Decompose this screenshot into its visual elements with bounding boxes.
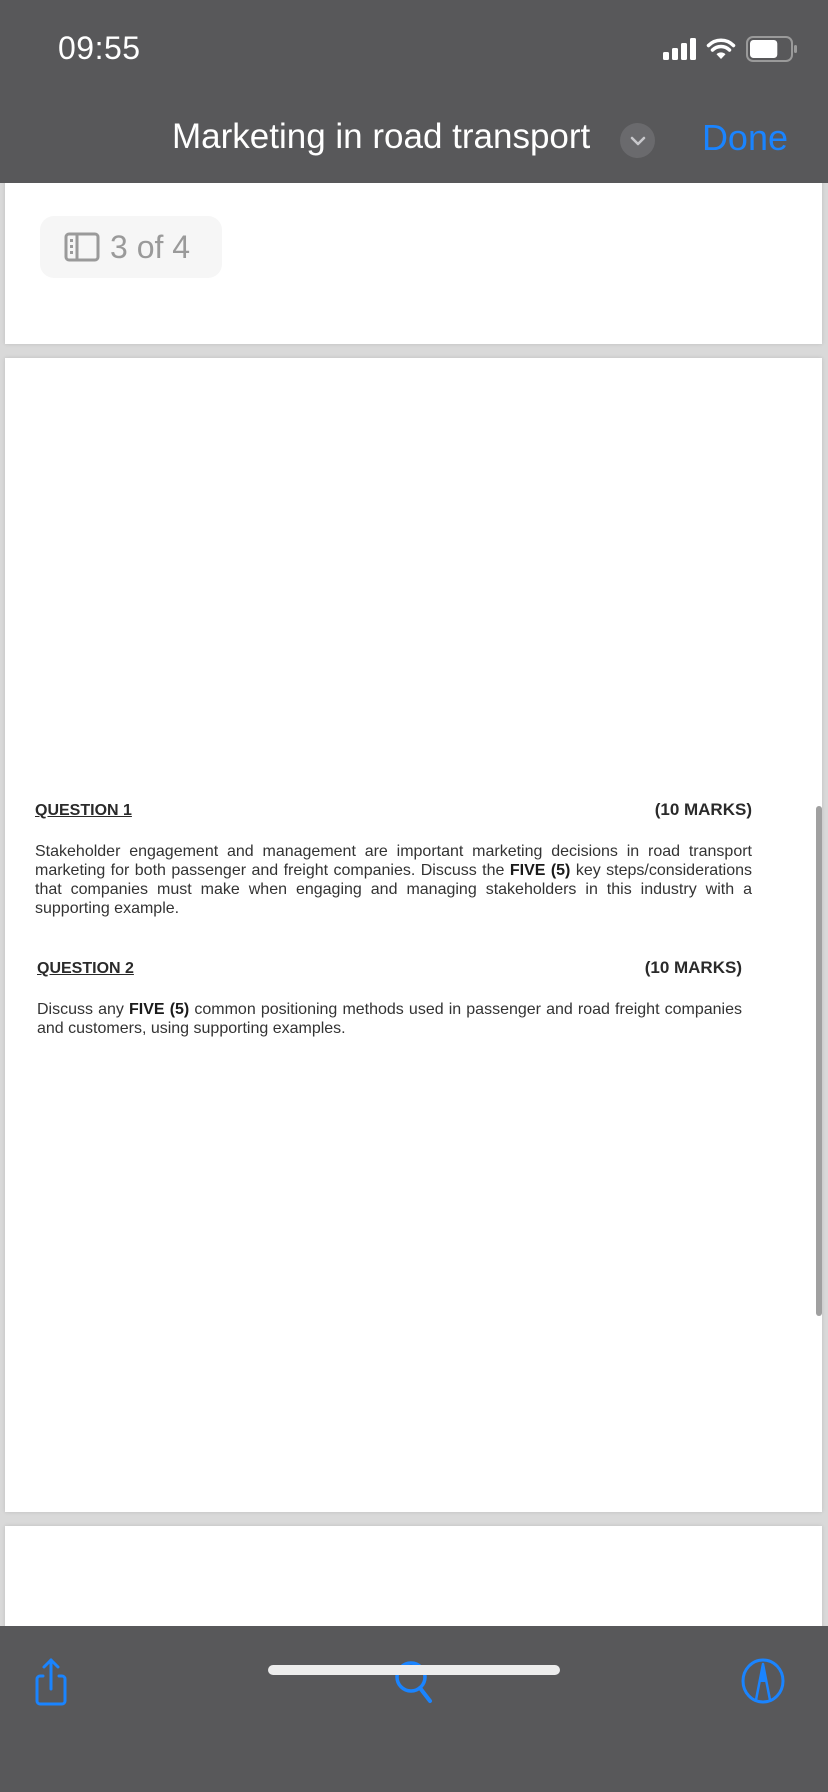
status-time: 09:55: [58, 30, 141, 67]
question-title: QUESTION 2: [37, 960, 134, 978]
top-bar: 09:55 Marketing in road transpor: [0, 0, 828, 183]
search-icon: [392, 1656, 438, 1706]
wifi-icon: [706, 38, 736, 60]
page-indicator-label: 3 of 4: [110, 229, 190, 266]
page-indicator[interactable]: 3 of 4: [40, 216, 222, 278]
title-menu-button[interactable]: [620, 123, 655, 158]
question-title: QUESTION 1: [35, 802, 132, 820]
question-marks: (10 MARKS): [645, 958, 742, 978]
sidebar-thumbnails-icon: [64, 232, 100, 262]
share-icon: [26, 1656, 76, 1708]
question-1: QUESTION 1 (10 MARKS) Stakeholder engage…: [35, 800, 752, 918]
pdf-page-3: QUESTION 1 (10 MARKS) Stakeholder engage…: [5, 358, 822, 1512]
vertical-scrollbar[interactable]: [816, 806, 822, 1316]
markup-pen-icon: [738, 1656, 788, 1706]
pdf-viewer-screen: 09:55 Marketing in road transpor: [0, 0, 828, 1792]
status-icons: [663, 36, 798, 62]
question-marks: (10 MARKS): [655, 800, 752, 820]
question-body: Stakeholder engagement and management ar…: [35, 842, 752, 918]
done-button[interactable]: Done: [702, 117, 788, 159]
share-button[interactable]: [26, 1656, 76, 1713]
home-indicator[interactable]: [268, 1665, 560, 1675]
document-title[interactable]: Marketing in road transport: [172, 117, 590, 157]
chevron-down-icon: [630, 136, 646, 146]
question-2: QUESTION 2 (10 MARKS) Discuss any FIVE (…: [37, 958, 742, 1038]
bottom-toolbar: [0, 1626, 828, 1792]
markup-button[interactable]: [738, 1656, 788, 1711]
question-body: Discuss any FIVE (5) common positioning …: [37, 1000, 742, 1038]
cellular-signal-icon: [663, 38, 696, 60]
battery-icon: [746, 36, 798, 62]
